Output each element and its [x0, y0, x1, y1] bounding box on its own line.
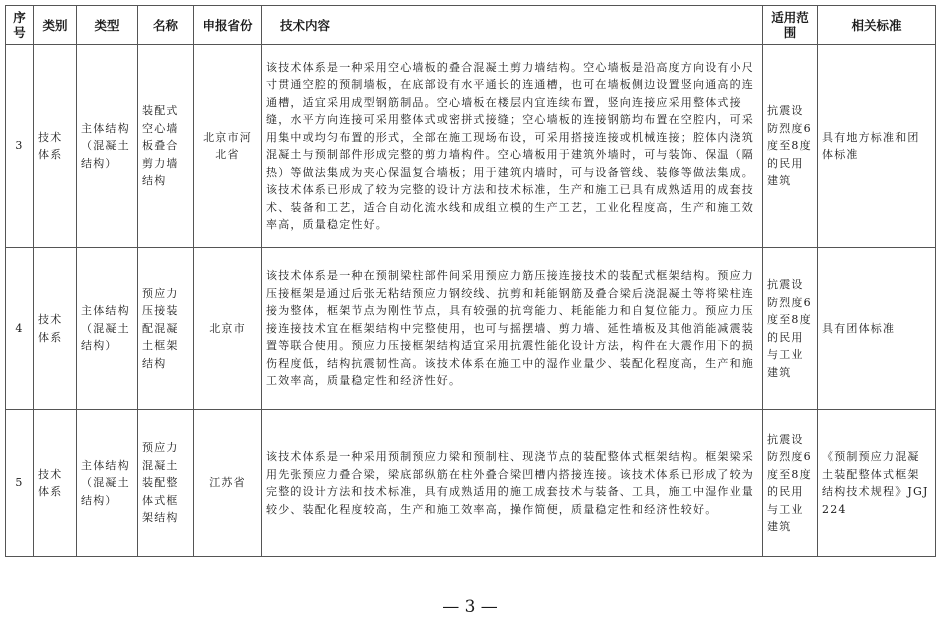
header-scope: 适用范围	[763, 6, 818, 45]
cell-name: 装配式空心墙板叠合剪力墙结构	[138, 45, 194, 248]
cell-standard: 具有团体标准	[818, 248, 936, 410]
cell-type: 主体结构（混凝土结构）	[77, 248, 138, 410]
cell-category: 技术体系	[34, 45, 77, 248]
table-row: 3 技术体系 主体结构（混凝土结构） 装配式空心墙板叠合剪力墙结构 北京市河北省…	[6, 45, 936, 248]
cell-province: 北京市	[194, 248, 262, 410]
cell-province: 北京市河北省	[194, 45, 262, 248]
header-seq: 序号	[6, 6, 34, 45]
cell-scope: 抗震设防烈度6度至8度的民用建筑	[763, 45, 818, 248]
table-header-row: 序号 类别 类型 名称 申报省份 技术内容 适用范围 相关标准	[6, 6, 936, 45]
cell-name: 预应力压接装配混凝土框架结构	[138, 248, 194, 410]
cell-seq: 3	[6, 45, 34, 248]
header-province: 申报省份	[194, 6, 262, 45]
cell-scope: 抗震设防烈度6度至8度的民用与工业建筑	[763, 410, 818, 557]
cell-type: 主体结构（混凝土结构）	[77, 410, 138, 557]
cell-seq: 5	[6, 410, 34, 557]
table-row: 4 技术体系 主体结构（混凝土结构） 预应力压接装配混凝土框架结构 北京市 该技…	[6, 248, 936, 410]
header-standard: 相关标准	[818, 6, 936, 45]
header-type: 类型	[77, 6, 138, 45]
cell-category: 技术体系	[34, 248, 77, 410]
page-number: — 3 —	[0, 597, 940, 617]
header-content: 技术内容	[262, 6, 763, 45]
table-row: 5 技术体系 主体结构（混凝土结构） 预应力混凝土装配整体式框架结构 江苏省 该…	[6, 410, 936, 557]
cell-name: 预应力混凝土装配整体式框架结构	[138, 410, 194, 557]
header-category: 类别	[34, 6, 77, 45]
technology-table: 序号 类别 类型 名称 申报省份 技术内容 适用范围 相关标准 3 技术体系 主…	[5, 5, 936, 557]
cell-standard: 具有地方标准和团体标准	[818, 45, 936, 248]
cell-content: 该技术体系是一种采用预制预应力梁和预制柱、现浇节点的装配整体式框架结构。框架梁采…	[262, 410, 763, 557]
cell-scope: 抗震设防烈度6度至8度的民用与工业建筑	[763, 248, 818, 410]
cell-content: 该技术体系是一种采用空心墙板的叠合混凝土剪力墙结构。空心墙板是沿高度方向设有小尺…	[262, 45, 763, 248]
header-name: 名称	[138, 6, 194, 45]
cell-content: 该技术体系是一种在预制梁柱部件间采用预应力筋压接连接技术的装配式框架结构。预应力…	[262, 248, 763, 410]
cell-seq: 4	[6, 248, 34, 410]
cell-category: 技术体系	[34, 410, 77, 557]
cell-province: 江苏省	[194, 410, 262, 557]
cell-standard: 《预制预应力混凝土装配整体式框架结构技术规程》JGJ 224	[818, 410, 936, 557]
cell-type: 主体结构（混凝土结构）	[77, 45, 138, 248]
